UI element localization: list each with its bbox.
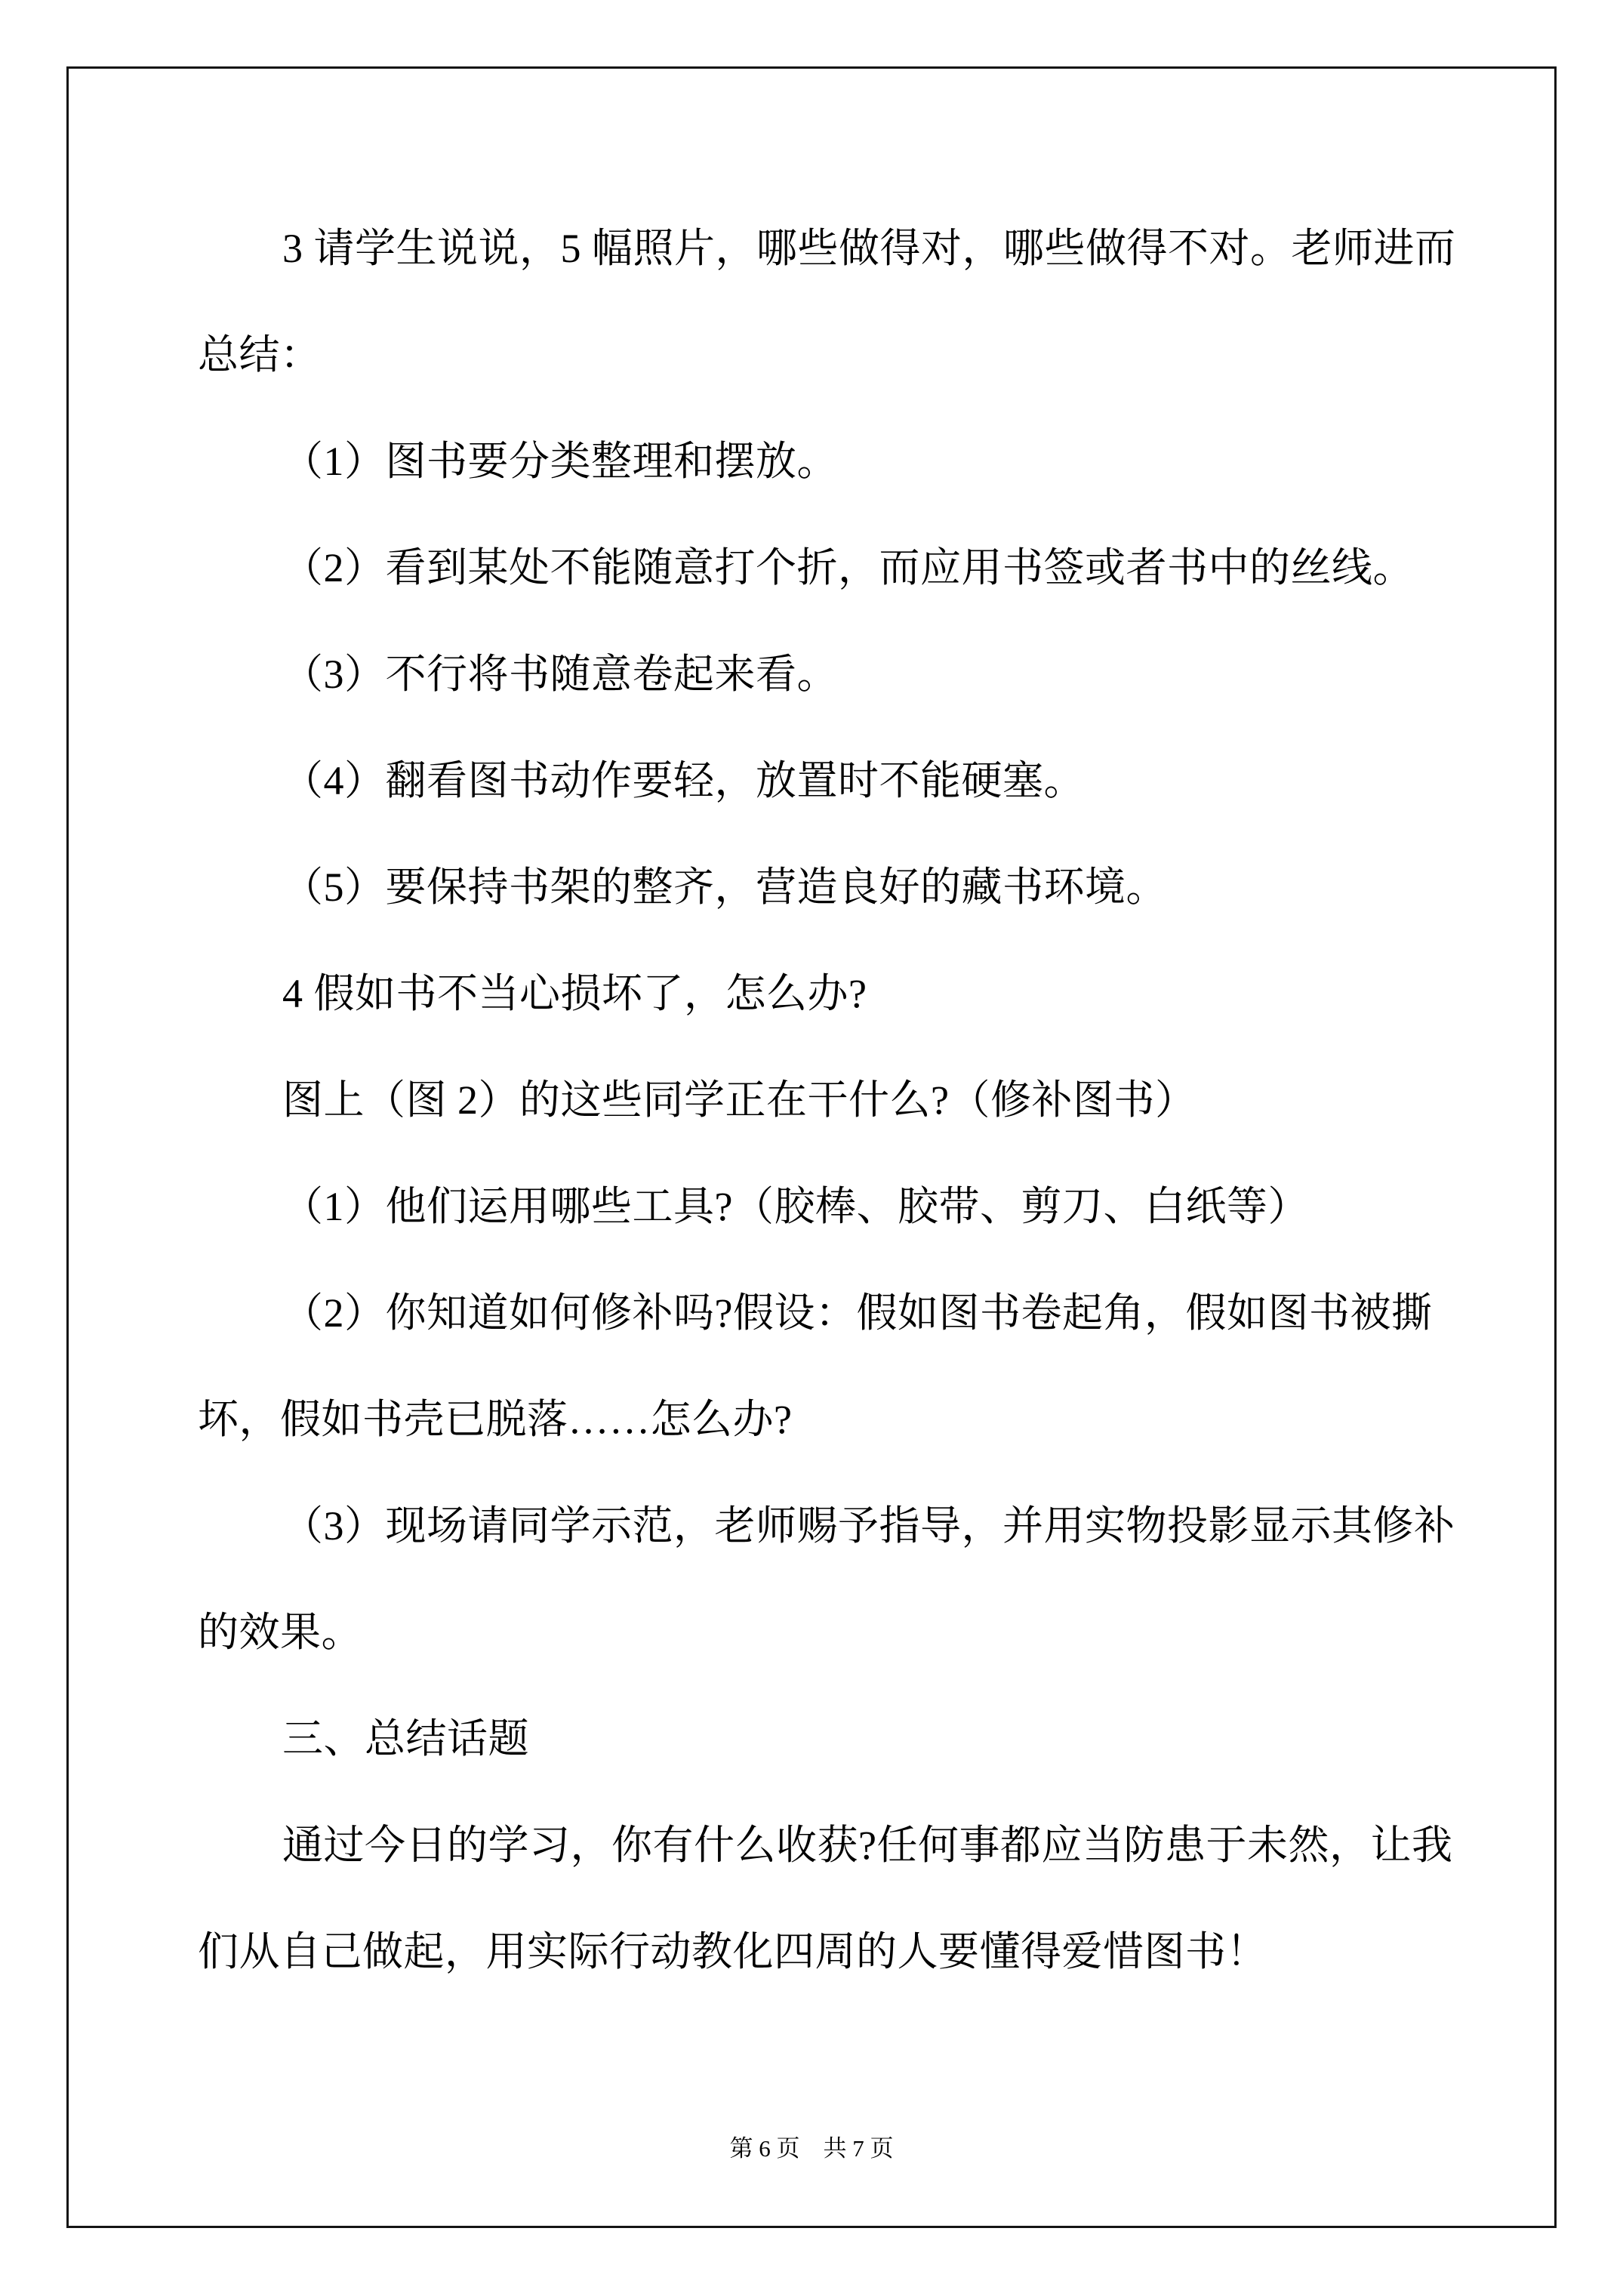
page-footer: 第 6 页 共 7 页 [0,2132,1623,2165]
paragraph-line: （3）不行将书随意卷起来看。 [198,621,1466,728]
paragraph-line: （3）现场请同学示范，老师赐予指导，并用实物投影显示其修补 [198,1473,1466,1579]
paragraph-line: 的效果。 [198,1579,1466,1686]
paragraph-line: （2）你知道如何修补吗?假设：假如图书卷起角，假如图书被撕 [198,1260,1466,1367]
paragraph-line: 4 假如书不当心损坏了，怎么办? [198,941,1466,1047]
paragraph-line: （1）图书要分类整理和摆放。 [198,408,1466,515]
document-body: 3 请学生说说，5 幅照片，哪些做得对，哪些做得不对。老师进而 总结： （1）图… [198,196,1466,2005]
paragraph-line: 通过今日的学习，你有什么收获?任何事都应当防患于未然，让我 [198,1792,1466,1899]
paragraph-line: （2）看到某处不能随意打个折，而应用书签或者书中的丝线。 [198,515,1466,621]
paragraph-line: （1）他们运用哪些工具?（胶棒、胶带、剪刀、白纸等） [198,1154,1466,1260]
section-heading-line: 三、总结话题 [198,1686,1466,1792]
paragraph-line: 总结： [198,302,1466,408]
paragraph-line: 们从自己做起，用实际行动教化四周的人要懂得爱惜图书！ [198,1899,1466,2005]
paragraph-line: （5）要保持书架的整齐，营造良好的藏书环境。 [198,834,1466,941]
paragraph-line: （4）翻看图书动作要轻，放置时不能硬塞。 [198,728,1466,834]
paragraph-line: 图上（图 2）的这些同学正在干什么?（修补图书） [198,1047,1466,1154]
document-page: 3 请学生说说，5 幅照片，哪些做得对，哪些做得不对。老师进而 总结： （1）图… [0,0,1623,2296]
paragraph-line: 坏，假如书壳已脱落……怎么办? [198,1367,1466,1473]
paragraph-line: 3 请学生说说，5 幅照片，哪些做得对，哪些做得不对。老师进而 [198,196,1466,302]
